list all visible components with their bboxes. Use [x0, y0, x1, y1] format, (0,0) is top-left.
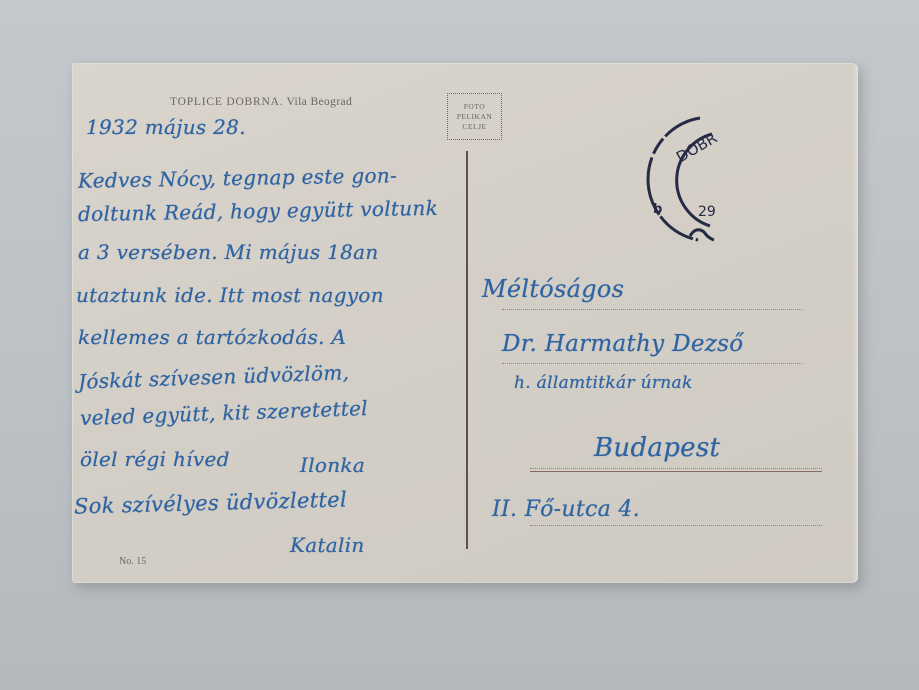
address-title: h. államtitkár úrnak — [514, 373, 693, 393]
message-line: doltunk Reád, hogy együtt voltunk — [78, 196, 438, 226]
message-line: Jóskát szívesen üdvözlöm, — [78, 360, 350, 393]
center-divider-line — [466, 151, 468, 549]
address-city: Budapest — [594, 433, 720, 463]
message-line: utaztunk ide. Itt most nagyon — [76, 283, 384, 307]
message-line: a 3 versében. Mi május 18an — [78, 240, 379, 264]
signature-1: Ilonka — [300, 453, 365, 477]
address-rule — [502, 363, 802, 364]
message-line: kellemes a tartózkodás. A — [78, 325, 346, 349]
message-line: Sok szívélyes üdvözlettel — [74, 487, 347, 518]
address-salutation: Méltóságos — [482, 275, 624, 303]
address-rule — [530, 468, 822, 469]
message-date: 1932 május 28. — [86, 115, 246, 139]
signature-2: Katalin — [290, 533, 365, 557]
printed-title-caps: TOPLICE DOBRNA. — [170, 96, 283, 108]
message-line: veled együtt, kit szeretettel — [80, 396, 369, 430]
address-name: Dr. Harmathy Dezső — [502, 331, 743, 357]
postcard: TOPLICE DOBRNA. Vila Beograd FOTO PELIKA… — [72, 63, 858, 583]
printed-title-rest: Vila Beograd — [286, 96, 352, 108]
address-rule-solid — [530, 471, 822, 472]
address-rule — [502, 309, 802, 310]
photographer-line-1: FOTO — [464, 102, 485, 112]
address-rule — [530, 525, 822, 526]
message-line: Kedves Nócy, tegnap este gon- — [78, 163, 397, 193]
message-line: ölel régi híved — [80, 447, 230, 471]
address-street: II. Fő-utca 4. — [492, 497, 640, 522]
photographer-line-3: CELJE — [462, 122, 486, 132]
printed-title: TOPLICE DOBRNA. Vila Beograd — [170, 96, 352, 108]
card-number: No. 15 — [119, 556, 146, 567]
